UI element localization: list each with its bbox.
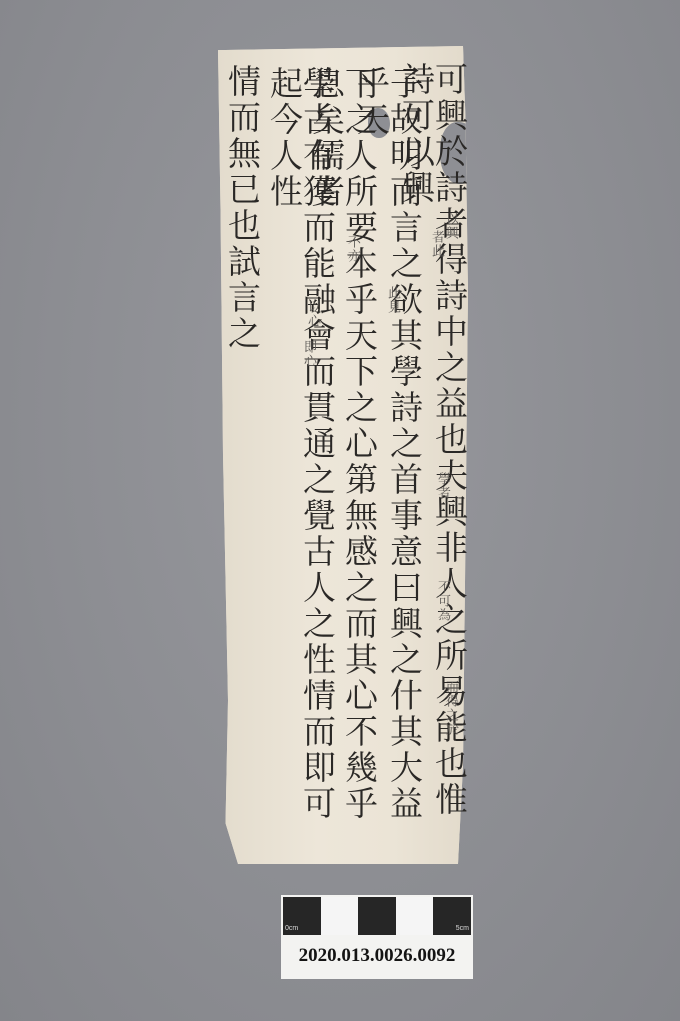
scale-bar bbox=[283, 897, 471, 935]
catalog-number: 2020.013.0026.0092 bbox=[281, 945, 473, 967]
scale-segment bbox=[396, 897, 434, 935]
annotation: 不亦 bbox=[346, 235, 359, 263]
scale-segment bbox=[321, 897, 359, 935]
museum-scale-card: 0cm 5cm 2020.013.0026.0092 bbox=[281, 895, 473, 979]
annotation: 而得之於 bbox=[444, 680, 457, 736]
annotation: 者此 bbox=[430, 230, 443, 258]
scale-segment bbox=[358, 897, 396, 935]
text-column-5: 情而無已也試言之 bbox=[226, 64, 259, 364]
annotation: 學者 bbox=[436, 472, 449, 500]
annotation: 以興 bbox=[444, 212, 457, 240]
text-column-4: 學古有獲而能融會而貫通之覺古人之性情而即可起今人性 bbox=[268, 66, 334, 856]
annotation: 不可為 bbox=[436, 580, 449, 622]
annotation: 即心 bbox=[302, 340, 315, 368]
annotation: 此見 bbox=[386, 286, 399, 314]
annotation: 以心 bbox=[306, 300, 319, 328]
scale-right-label: 5cm bbox=[456, 925, 469, 932]
scale-left-label: 0cm bbox=[285, 925, 298, 932]
